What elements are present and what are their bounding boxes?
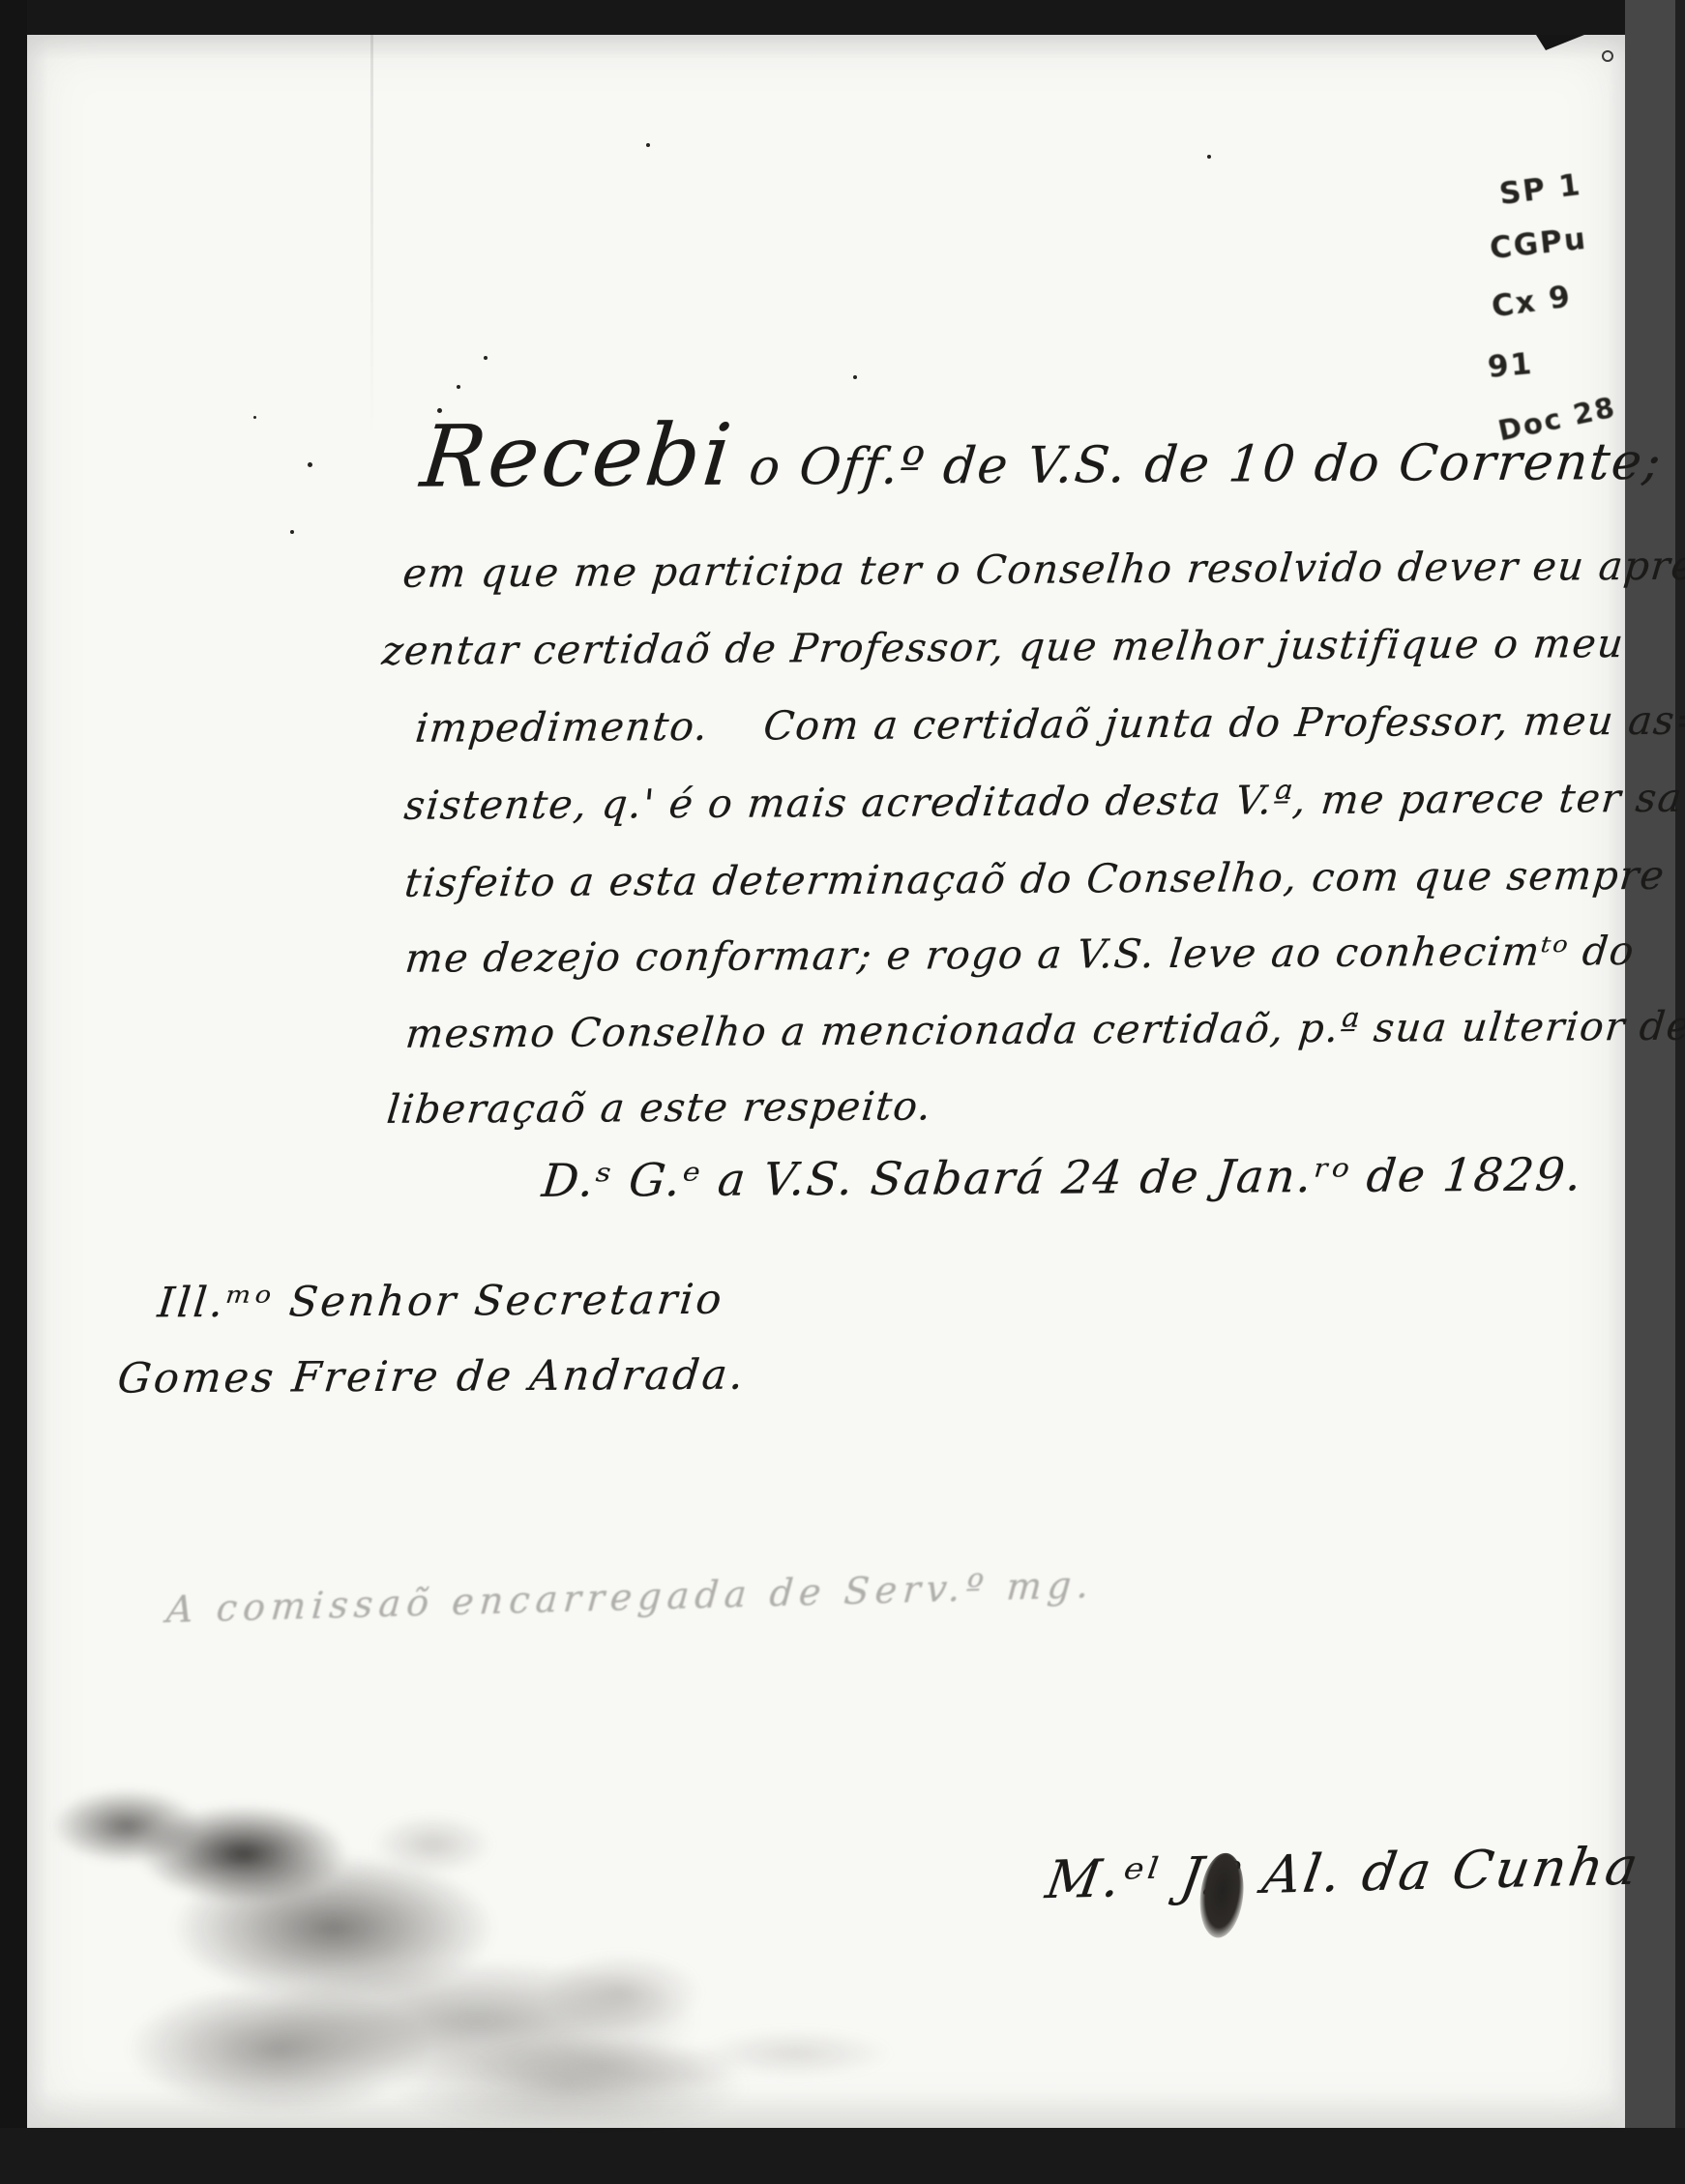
scanned-letter-page: SP 1 CGPu Cx 9 91 Doc 28 Recebio Off.º d…	[0, 0, 1685, 2184]
letter-line: tisfeito a esta determinaçaõ do Conselho…	[402, 852, 1667, 906]
letter-line: sistente, q.' é o mais acreditado desta …	[402, 774, 1685, 828]
letter-line: zentar certidaõ de Professor, que melhor…	[380, 620, 1627, 674]
letter-line: em que me participa ter o Conselho resol…	[400, 542, 1685, 596]
letter-line: me dezejo conformar; e rogo a V.S. leve …	[403, 928, 1638, 982]
letter-opening-line: Recebio Off.º de V.S. de 10 do Corrente;	[417, 399, 1669, 507]
dateline: D.ˢ G.ᵉ a V.S. Sabará 24 de Jan.ʳᵒ de 18…	[540, 1148, 1585, 1208]
opening-rest: o Off.º de V.S. de 10 do Corrente;	[747, 433, 1666, 497]
faint-annotation: A comissaõ encarregada de Serv.º mg.	[165, 1563, 1096, 1631]
addressee-title: Ill.ᵐᵒ Senhor Secretario	[156, 1276, 726, 1328]
addressee-name: Gomes Freire de Andrada.	[115, 1351, 748, 1403]
letter-line: mesmo Conselho a mencionada certidaõ, p.…	[403, 1002, 1685, 1056]
letter-line: liberaçaõ a este respeito.	[385, 1082, 934, 1132]
signature: M.ᵉˡ J.ᵉ Al. da Cunha	[1042, 1836, 1644, 1910]
letter-line: impedimento. Com a certidaõ junta do Pro…	[413, 696, 1685, 751]
opening-initial-word: Recebi	[417, 405, 738, 507]
page-stain-smudge	[416, 1992, 958, 2128]
